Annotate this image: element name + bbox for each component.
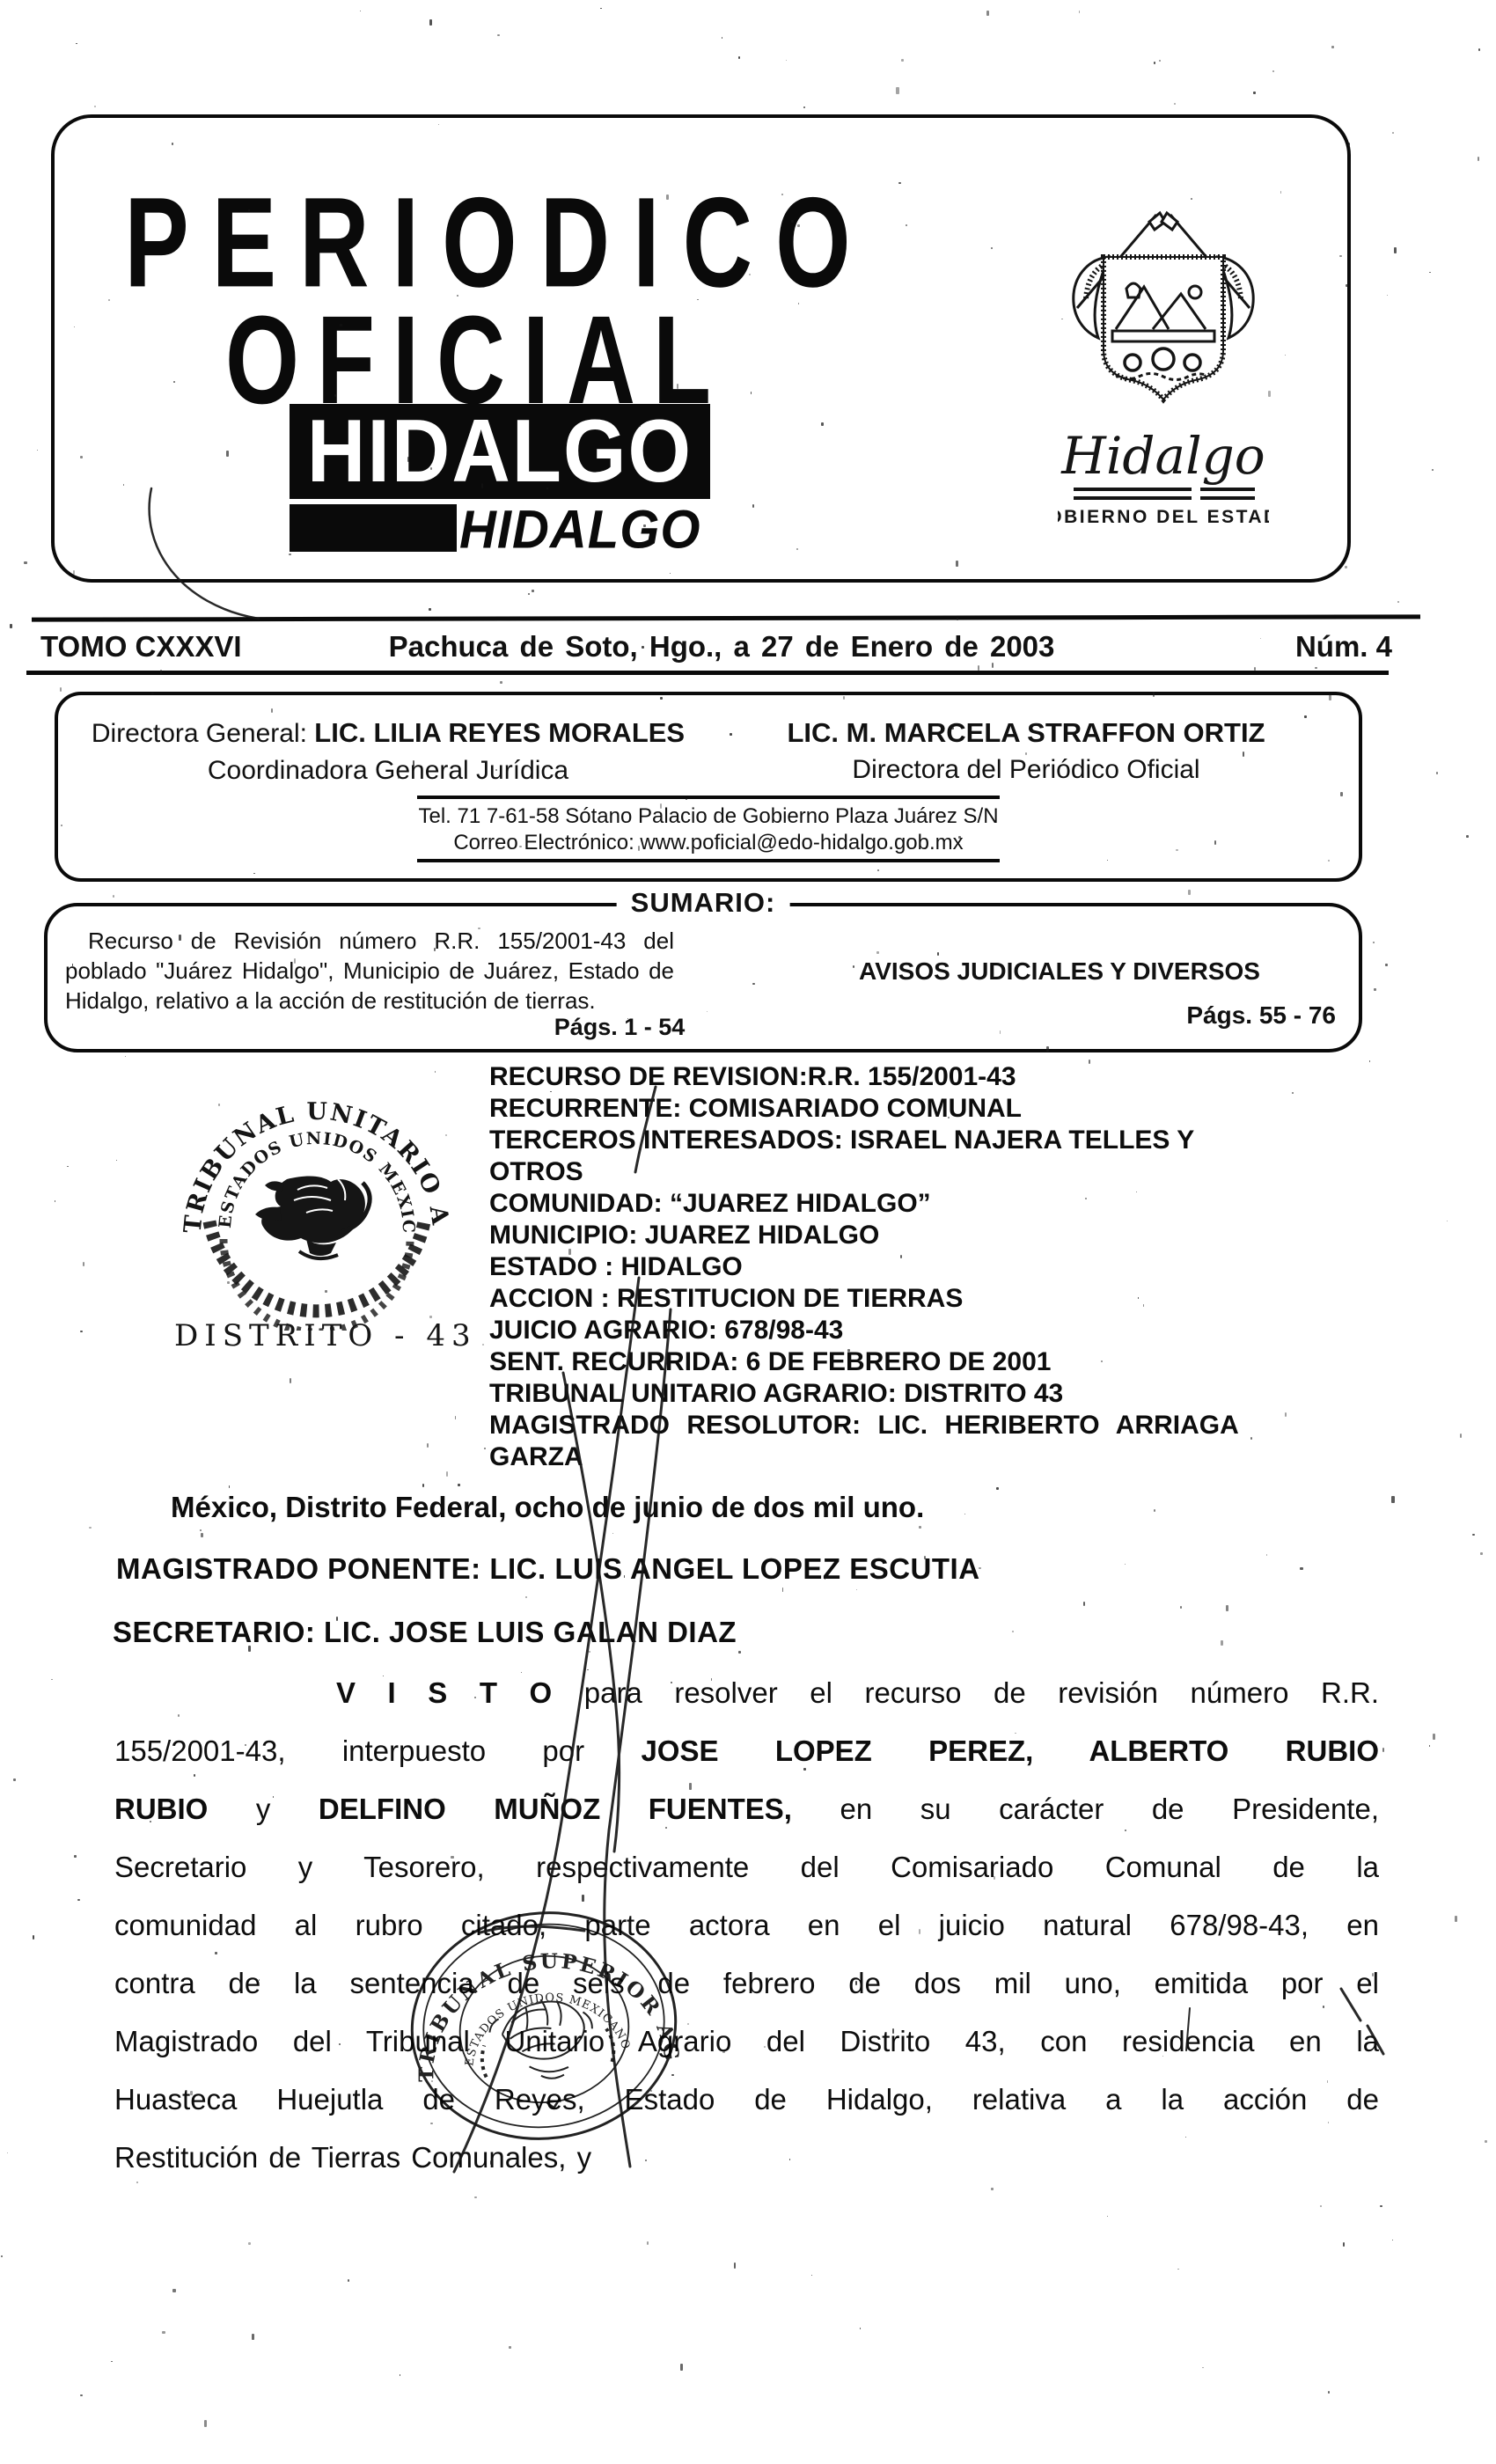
periodico-director-role: Directora del Periódico Oficial [718, 752, 1334, 788]
visto-paragraph-line: Secretario y Tesorero, respectivamente d… [114, 1848, 1379, 1906]
noise-dot [600, 8, 602, 10]
noise-dot [1345, 566, 1347, 568]
noise-dot [1466, 835, 1469, 838]
issue-bar: TOMO CXXXVI Pachuca de Soto, Hgo., a 27 … [26, 628, 1417, 667]
hidalgo-logo-primary: HIDALGO [290, 404, 710, 499]
email-line: Correo Electrónico: www.poficial@edo-hid… [58, 831, 1359, 855]
noise-dot [986, 11, 988, 16]
noise-dot [896, 87, 898, 93]
noise-dot [1478, 157, 1479, 160]
text-segment: Magistrado del Tribunal Unitario Agrario… [114, 2025, 1379, 2057]
text-segment: y [208, 1793, 319, 1825]
sumario-right-item: AVISOS JUDICIALES Y DIVERSOS [804, 957, 1315, 986]
case-header-line: ACCION : RESTITUCION DE TIERRAS [489, 1283, 1396, 1315]
seal-eagle-icon [255, 1177, 370, 1259]
noise-dot [89, 1527, 92, 1529]
sumario-left-pages: Págs. 1 - 54 [523, 1014, 716, 1041]
case-header-line: OTROS [489, 1156, 1396, 1188]
noise-dot [1385, 964, 1388, 966]
noise-dot [803, 106, 805, 108]
magistrado-ponente-line: MAGISTRADO PONENTE: LIC. LUIS ANGEL LOPE… [116, 1552, 980, 1586]
noise-dot [1392, 2240, 1393, 2240]
noise-dot [10, 624, 11, 629]
noise-dot [528, 593, 530, 595]
bold-text-segment: V I S T O [336, 1676, 584, 1709]
noise-dot [113, 895, 114, 898]
noise-dot [1331, 46, 1334, 48]
noise-dot [1272, 70, 1274, 72]
issue-number-label: Núm. 4 [1295, 630, 1392, 664]
noise-dot [1387, 295, 1389, 297]
noise-dot [1429, 272, 1430, 273]
mexican-eagle-seal-icon: TRIBUNAL UNITARIO AGRARIO ESTADOS UNIDOS… [174, 1067, 459, 1331]
noise-dot [1432, 469, 1434, 471]
noise-dot [427, 1443, 429, 1448]
noise-dot [1436, 772, 1439, 774]
logo-bar-solid-block [290, 504, 457, 552]
case-header-block: RECURSO DE REVISION:R.R. 155/2001-43RECU… [489, 1061, 1396, 1473]
noise-dot [200, 1529, 202, 1531]
noise-dot [455, 1416, 457, 1419]
noise-dot [51, 1679, 52, 1680]
noise-dot [589, 1651, 590, 1653]
noise-dot [722, 37, 722, 40]
noise-dot [734, 2262, 737, 2269]
emblem-caption: GOBIERNO DEL ESTADO [1058, 507, 1269, 527]
noise-dot [172, 2289, 175, 2292]
noise-dot [1382, 1748, 1384, 1752]
noise-dot [1460, 1434, 1462, 1438]
text-segment: contra de la sentencia de seis de febrer… [114, 1967, 1379, 1999]
noise-dot [67, 1166, 69, 1168]
noise-dot [919, 1526, 921, 1529]
sumario-right-pages: Págs. 55 - 76 [1186, 1001, 1336, 1030]
directory-divider-bottom [417, 859, 1000, 862]
noise-dot [612, 1533, 613, 1534]
director-general-prefix: Directora General: [92, 719, 314, 748]
noise-dot [80, 2394, 82, 2396]
case-header-line: MAGISTRADO RESOLUTOR: LIC. HERIBERTO ARR… [489, 1410, 1396, 1441]
hidalgo-logo-secondary: HIDALGO [459, 499, 700, 561]
noise-dot [55, 1200, 56, 1202]
bold-text-segment: RUBIO [114, 1793, 208, 1825]
noise-dot [1154, 62, 1155, 63]
noise-dot [786, 60, 787, 61]
noise-dot [1107, 2216, 1108, 2217]
noise-dot [1328, 2391, 1329, 2394]
case-header-line: GARZA [489, 1441, 1396, 1473]
hidalgo-logo-bar: HIDALGO [290, 504, 710, 554]
noise-dot [1174, 103, 1176, 105]
noise-dot [162, 2331, 165, 2334]
scanned-page: PERIODICO OFICIAL HIDALGO HIDALGO [0, 0, 1496, 2464]
directory-divider-top [417, 796, 1000, 799]
bold-text-segment: DELFINO MUÑOZ FUENTES, [319, 1793, 792, 1825]
visto-paragraph-line: Magistrado del Tribunal Unitario Agrario… [114, 2022, 1379, 2080]
noise-dot [484, 1448, 486, 1449]
noise-dot [996, 1487, 999, 1490]
noise-dot [248, 2242, 251, 2245]
emblem-shield-icon [1104, 257, 1223, 400]
visto-paragraph-line: contra de la sentencia de seis de febrer… [114, 1964, 1379, 2022]
visto-paragraph-line: Restitución de Tierras Comunales, y [114, 2138, 1379, 2196]
case-header-line: COMUNIDAD: “JUAREZ HIDALGO” [489, 1188, 1396, 1220]
emblem-script-name: Hidalgo [1060, 426, 1265, 486]
noise-dot [901, 59, 904, 62]
noise-dot [1221, 1640, 1223, 1646]
sumario-box: SUMARIO: Recurso de Revisión número R.R.… [44, 903, 1362, 1052]
noise-dot [1478, 48, 1480, 50]
noise-dot [116, 1160, 118, 1162]
noise-dot [80, 1331, 83, 1333]
noise-dot [1472, 1534, 1474, 1536]
issue-bar-bottom-rule [26, 671, 1389, 675]
director-general-line: Directora General: LIC. LILIA REYES MORA… [76, 715, 700, 752]
noise-dot [1429, 1745, 1430, 1746]
director-general-name: LIC. LILIA REYES MORALES [314, 717, 685, 748]
bold-text-segment: JOSE LOPEZ PEREZ, ALBERTO RUBIO [641, 1734, 1379, 1767]
phone-address-line: Tel. 71 7-61-58 Sótano Palacio de Gobier… [58, 804, 1359, 829]
noise-dot [360, 11, 361, 11]
director-general-role: Coordinadora General Jurídica [76, 752, 700, 789]
noise-dot [1455, 1916, 1457, 1922]
noise-dot [587, 1669, 589, 1671]
noise-dot [1380, 2205, 1382, 2207]
noise-dot [1154, 1509, 1155, 1512]
text-segment: Secretario y Tesorero, respectivamente d… [114, 1851, 1379, 1883]
noise-dot [83, 1262, 84, 1266]
noise-dot [33, 1935, 34, 1940]
noise-dot [348, 2279, 349, 2281]
noise-dot [856, 1589, 857, 1590]
noise-dot [7, 2152, 8, 2153]
visto-paragraph-line: 155/2001-43, interpuesto por JOSE LOPEZ … [114, 1732, 1379, 1790]
case-header-line: TERCEROS INTERESADOS: ISRAEL NAJERA TELL… [489, 1125, 1396, 1156]
visto-paragraph-line: Huasteca Huejutla de Reyes, Estado de Hi… [114, 2080, 1379, 2138]
text-segment: en su carácter de Presidente, [792, 1793, 1379, 1825]
noise-dot [738, 56, 741, 59]
text-segment: 155/2001-43, interpuesto por [114, 1734, 641, 1767]
noise-dot [1226, 1605, 1228, 1611]
noise-dot [24, 561, 26, 564]
noise-dot [964, 1514, 965, 1514]
noise-dot [525, 1596, 526, 1597]
noise-dot [1391, 1496, 1394, 1503]
noise-dot [782, 1588, 784, 1591]
hidalgo-coat-of-arms-icon: Hidalgo GOBIERNO DEL ESTADO [1058, 202, 1269, 530]
noise-dot [811, 2275, 812, 2276]
district-caption: DISTRITO - 43 [174, 1318, 459, 1353]
noise-dot [1433, 1734, 1435, 1740]
noise-dot [252, 2334, 254, 2340]
noise-dot [1159, 60, 1161, 62]
text-segment: comunidad al rubro citado, parte actora … [114, 1909, 1379, 1941]
noise-dot [1373, 942, 1375, 943]
noise-dot [1253, 92, 1256, 94]
noise-dot [204, 2420, 207, 2427]
noise-dot [1, 2255, 2, 2256]
hidalgo-logo-primary-text: HIDALGO [307, 400, 693, 502]
noise-dot [60, 687, 62, 692]
noise-dot [458, 1484, 460, 1486]
director-general-block: Directora General: LIC. LILIA REYES MORA… [76, 715, 700, 789]
noise-dot [1394, 247, 1397, 253]
noise-dot [500, 681, 502, 684]
noise-dot [1177, 2269, 1179, 2270]
noise-dot [125, 1056, 127, 1058]
noise-dot [94, 106, 96, 107]
noise-dot [290, 1378, 291, 1383]
noise-dot [1320, 2205, 1322, 2207]
case-header-line: TRIBUNAL UNITARIO AGRARIO: DISTRITO 43 [489, 1378, 1396, 1410]
noise-dot [1202, 2367, 1204, 2369]
case-header-line: MUNICIPIO: JUAREZ HIDALGO [489, 1220, 1396, 1251]
noise-dot [1079, 11, 1080, 13]
noise-dot [1266, 1554, 1268, 1556]
noise-dot [429, 608, 431, 611]
noise-dot [680, 2364, 683, 2371]
visto-paragraph-line: comunidad al rubro citado, parte actora … [114, 1906, 1379, 1964]
case-header-line: SENT. RECURRIDA: 6 DE FEBRERO DE 2001 [489, 1346, 1396, 1378]
noise-dot [1188, 890, 1191, 895]
noise-dot [1374, 988, 1376, 991]
noise-dot [509, 2346, 511, 2349]
case-header-line: RECURRENTE: COMISARIADO COMUNAL [489, 1093, 1396, 1125]
masthead-box: PERIODICO OFICIAL HIDALGO HIDALGO [51, 114, 1351, 583]
periodico-director-name: LIC. M. MARCELA STRAFFON ORTIZ [718, 715, 1334, 752]
noise-dot [400, 2374, 400, 2375]
noise-dot [482, 1344, 484, 1346]
noise-dot [77, 1899, 80, 1902]
visto-paragraph-line: V I S T O para resolver el recurso de re… [114, 1674, 1379, 1732]
visto-paragraph: V I S T O para resolver el recurso de re… [114, 1674, 1379, 2196]
noise-dot [74, 1855, 77, 1858]
noise-dot [1300, 1567, 1302, 1570]
noise-dot [37, 450, 38, 451]
issue-bar-top-rule [32, 614, 1420, 621]
noise-dot [1392, 132, 1394, 134]
visto-paragraph-line: RUBIO y DELFINO MUÑOZ FUENTES, en su car… [114, 1790, 1379, 1848]
noise-dot [532, 590, 534, 592]
directory-box: Directora General: LIC. LILIA REYES MORA… [55, 692, 1362, 882]
noise-dot [429, 19, 432, 26]
noise-dot [1180, 1606, 1181, 1609]
noise-dot [474, 2196, 476, 2198]
noise-dot [1397, 601, 1399, 603]
sumario-label: SUMARIO: [617, 887, 790, 919]
case-header-line: RECURSO DE REVISION:R.R. 155/2001-43 [489, 1061, 1396, 1093]
noise-dot [1480, 1552, 1483, 1555]
sumario-left-item: Recurso de Revisión número R.R. 155/2001… [65, 926, 674, 1016]
noise-dot [860, 2328, 862, 2329]
noise-dot [201, 1533, 202, 1537]
noise-dot [1343, 2242, 1345, 2247]
periodico-director-block: LIC. M. MARCELA STRAFFON ORTIZ Directora… [718, 715, 1334, 788]
place-date-label: Pachuca de Soto, Hgo., a 27 de Enero de … [26, 630, 1417, 664]
hidalgo-logo: HIDALGO HIDALGO [290, 404, 710, 554]
noise-dot [1125, 1564, 1126, 1565]
text-segment: Huasteca Huejutla de Reyes, Estado de Hi… [114, 2083, 1379, 2116]
noise-dot [647, 2241, 649, 2245]
noise-dot [229, 1485, 230, 1488]
noise-dot [1083, 1602, 1085, 1605]
noise-dot [1485, 2140, 1486, 2142]
noise-dot [446, 1471, 448, 1477]
noise-dot [111, 2361, 113, 2363]
noise-dot [738, 1651, 741, 1654]
text-segment: para resolver el recurso de revisión núm… [584, 1676, 1379, 1709]
noise-dot [497, 34, 500, 37]
case-header-line: JUICIO AGRARIO: 678/98-43 [489, 1315, 1396, 1346]
noise-dot [1447, 1221, 1448, 1221]
noise-dot [76, 43, 77, 44]
noise-dot [13, 1778, 16, 1781]
noise-dot [1012, 1631, 1014, 1632]
case-header-line: ESTADO : HIDALGO [489, 1251, 1396, 1283]
dateline: México, Distrito Federal, ocho de junio … [171, 1491, 924, 1524]
superior-tribunal-stamp-icon: TRIBUNAL SUPERIOR AGRARIO ESTADOS UNIDOS… [396, 1897, 692, 2161]
emblem-divider-lines [1074, 489, 1255, 498]
secretario-line: SECRETARIO: LIC. JOSE LUIS GALAN DIAZ [113, 1616, 737, 1649]
noise-dot [422, 1484, 424, 1487]
